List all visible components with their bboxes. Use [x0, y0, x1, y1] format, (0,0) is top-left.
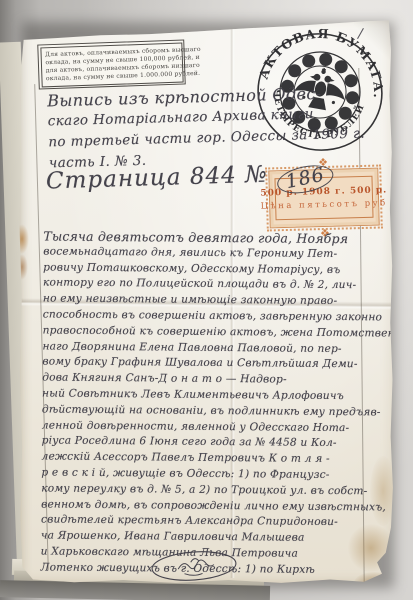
printed-notice-box: Для актовъ, оплачиваемыхъ сборомъ высшаг… — [37, 39, 185, 89]
act-paper-sheet: Купчая — Павловой и Котляревскаго / Для … — [18, 16, 394, 584]
page-number-prefix: Страница 844 № — [46, 162, 269, 195]
handwritten-body: Тысяча девятьсотъ девятаго года, Ноября … — [40, 228, 399, 579]
printed-notice-text: Для актовъ, оплачиваемыхъ сборомъ высшаг… — [40, 42, 183, 87]
revenue-price: Цѣна пятьсотъ руб — [261, 198, 388, 211]
document-photo: Купчая — Павловой и Котляревскаго / Для … — [0, 0, 413, 600]
